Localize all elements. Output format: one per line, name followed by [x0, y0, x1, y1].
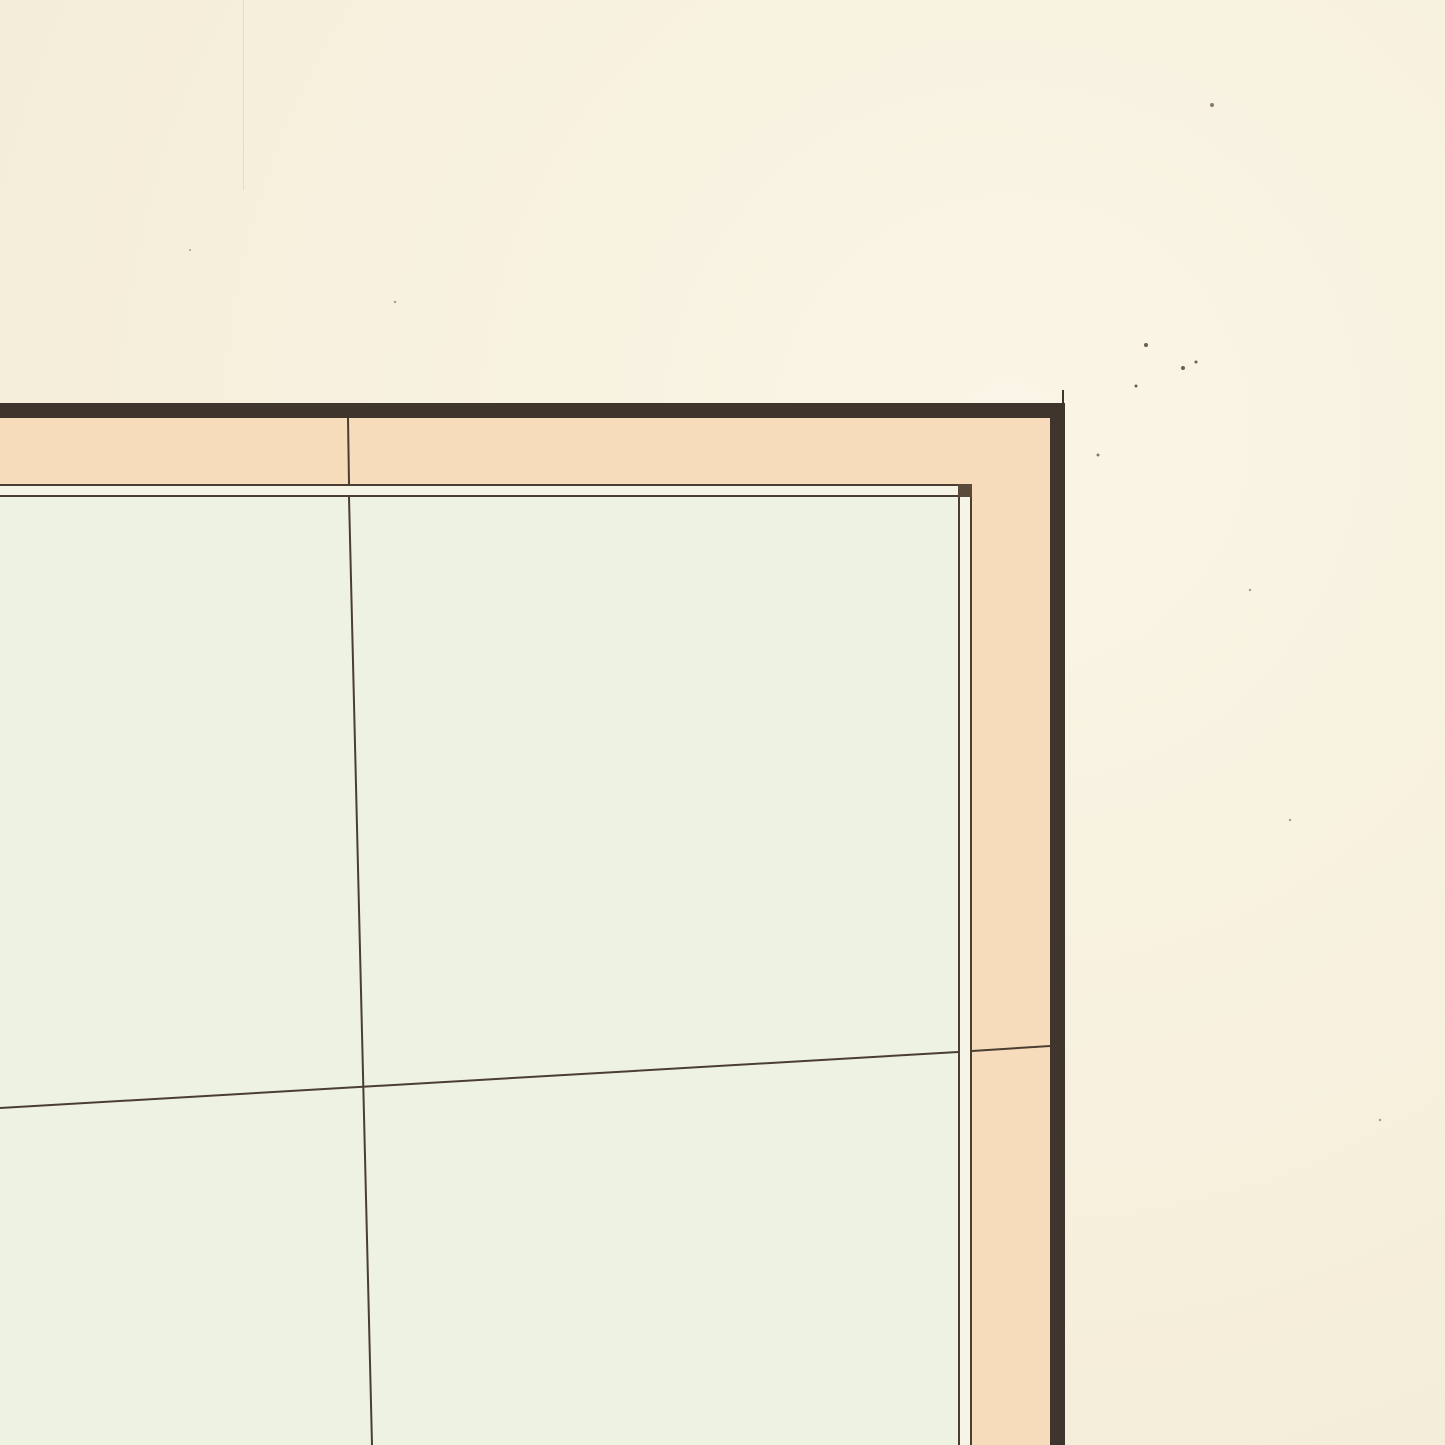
- map-margin-top: [0, 418, 1050, 484]
- degree-scale-right: [958, 484, 972, 1445]
- map-outer-border-right: [1050, 403, 1065, 1445]
- degree-scale-top: [0, 484, 972, 497]
- map-margin-right: [972, 418, 1050, 1445]
- border-corner-tick: [1062, 390, 1064, 408]
- map-outer-border-top: [0, 403, 1064, 418]
- plate-mark-line: [243, 0, 244, 190]
- map-sea-area: [0, 497, 958, 1445]
